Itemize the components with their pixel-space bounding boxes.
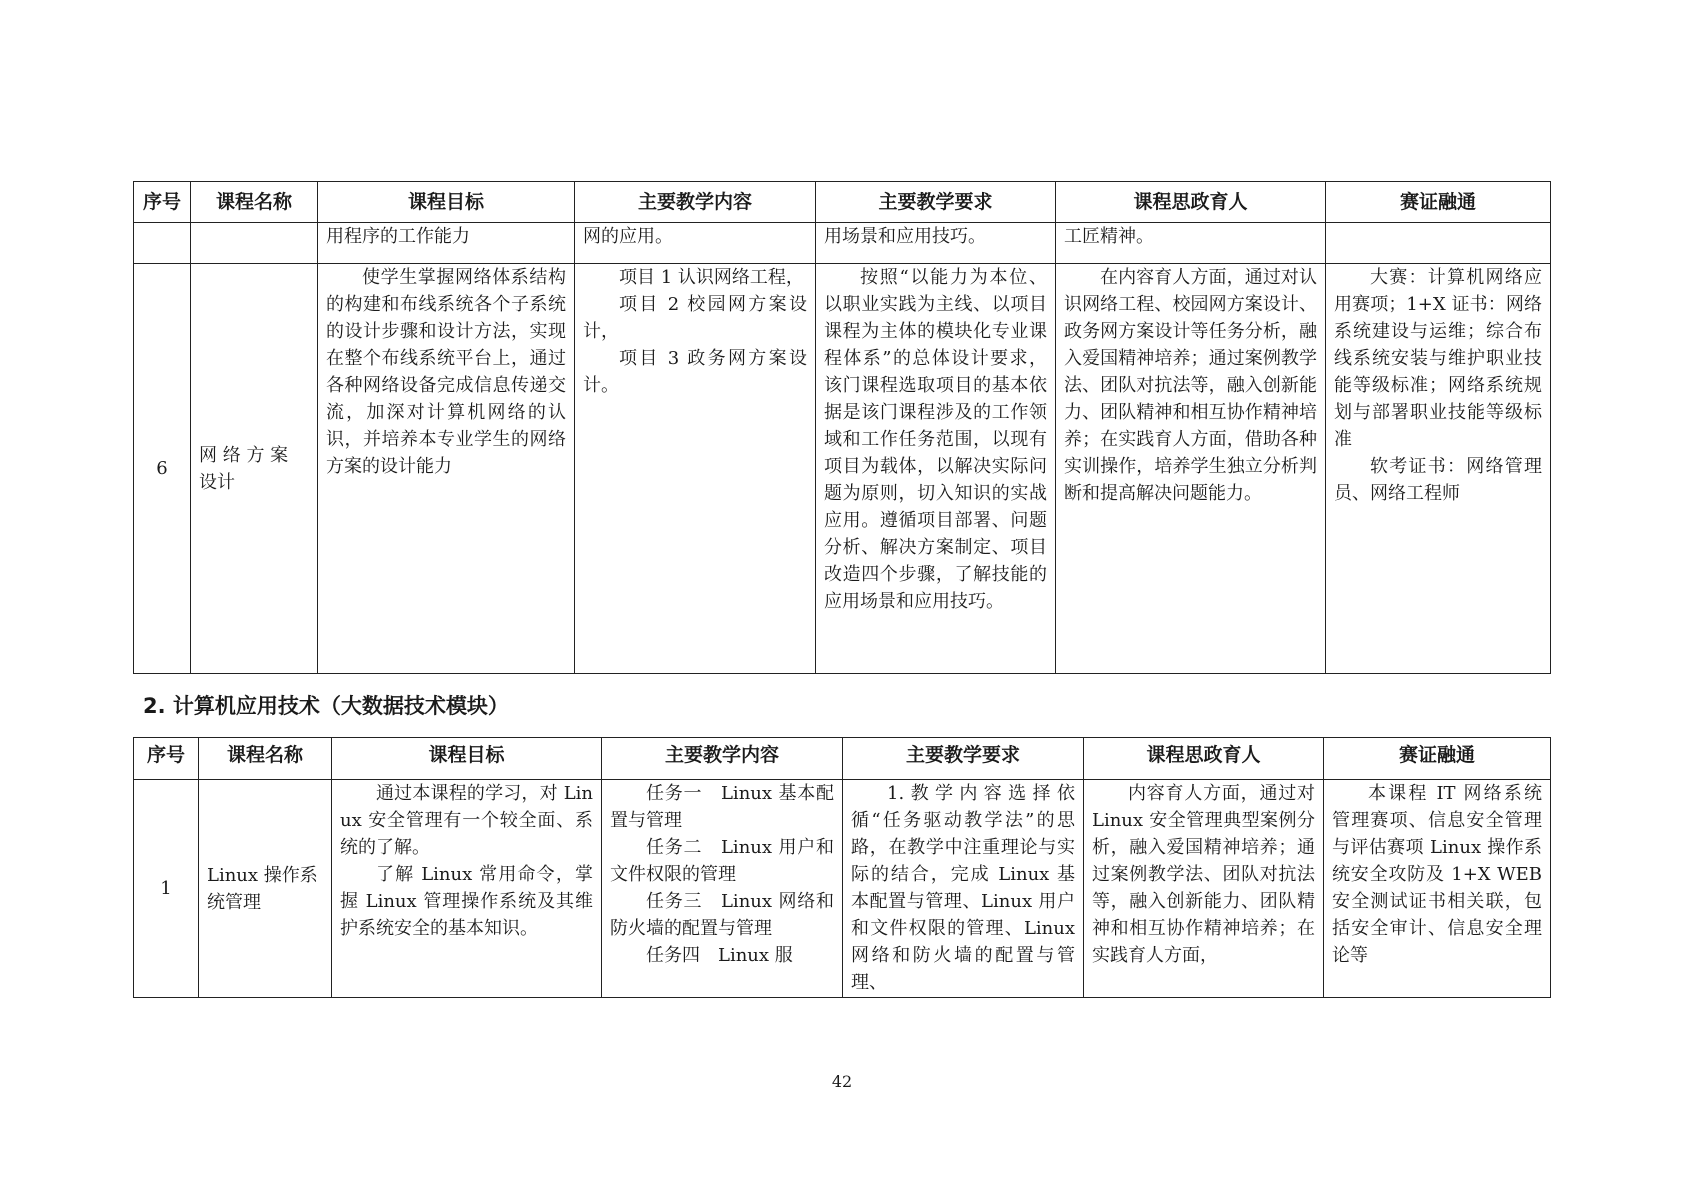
goal-text: 了解 Linux 常用命令，掌握 Linux 管理操作系统及其维护系统安全的基本… bbox=[340, 861, 593, 942]
header-ideology: 课程思政育人 bbox=[1084, 738, 1324, 780]
section-heading: 2. 计算机应用技术（大数据技术模块） bbox=[143, 690, 509, 720]
course-table-bigdata: 序号 课程名称 课程目标 主要教学内容 主要教学要求 课程思政育人 赛证融通 1… bbox=[133, 737, 1551, 998]
cell-ideology: 在内容育人方面，通过对认识网络工程、校园网方案设计、政务网方案设计等任务分析，融… bbox=[1056, 264, 1326, 674]
cell-goal: 用程序的工作能力 bbox=[318, 223, 575, 264]
content-item: 项目 2 校园网方案设计， bbox=[583, 291, 807, 345]
header-teaching-content: 主要教学内容 bbox=[575, 182, 816, 223]
cell-certificate bbox=[1326, 223, 1551, 264]
cell-content: 项目 1 认识网络工程， 项目 2 校园网方案设计， 项目 3 政务网方案设计。 bbox=[575, 264, 816, 674]
table-row: 1 Linux 操作系统管理 通过本课程的学习，对 Linux 安全管理有一个较… bbox=[134, 780, 1551, 998]
content-item: 任务三 Linux 网络和防火墙的配置与管理 bbox=[610, 888, 834, 942]
requirement-text: 1.教学内容选择依循“任务驱动教学法”的思路，在教学中注重理论与实际的结合，完成… bbox=[851, 780, 1075, 996]
cell-ideology: 内容育人方面，通过对 Linux 安全管理典型案例分析，融入爱国精神培养；通过案… bbox=[1084, 780, 1324, 998]
cell-content: 网的应用。 bbox=[575, 223, 816, 264]
ideology-text: 在内容育人方面，通过对认识网络工程、校园网方案设计、政务网方案设计等任务分析，融… bbox=[1064, 264, 1317, 507]
cell-certificate: 大赛：计算机网络应用赛项；1+X 证书：网络系统建设与运维；综合布线系统安装与维… bbox=[1326, 264, 1551, 674]
content-item: 任务二 Linux 用户和文件权限的管理 bbox=[610, 834, 834, 888]
table-header-row: 序号 课程名称 课程目标 主要教学内容 主要教学要求 课程思政育人 赛证融通 bbox=[134, 738, 1551, 780]
header-course-name: 课程名称 bbox=[191, 182, 318, 223]
header-teaching-content: 主要教学内容 bbox=[602, 738, 843, 780]
certificate-text: 软考证书：网络管理员、网络工程师 bbox=[1334, 453, 1542, 507]
header-no: 序号 bbox=[134, 182, 191, 223]
content-item: 项目 3 政务网方案设计。 bbox=[583, 345, 807, 399]
goal-text: 通过本课程的学习，对 Linux 安全管理有一个较全面、系统的了解。 bbox=[340, 780, 593, 861]
header-certificate: 赛证融通 bbox=[1324, 738, 1551, 780]
header-ideology: 课程思政育人 bbox=[1056, 182, 1326, 223]
cell-goal: 通过本课程的学习，对 Linux 安全管理有一个较全面、系统的了解。 了解 Li… bbox=[332, 780, 602, 998]
page-number: 42 bbox=[0, 1072, 1684, 1091]
header-teaching-requirement: 主要教学要求 bbox=[843, 738, 1084, 780]
course-table-network: 序号 课程名称 课程目标 主要教学内容 主要教学要求 课程思政育人 赛证融通 用… bbox=[133, 181, 1551, 674]
table-header-row: 序号 课程名称 课程目标 主要教学内容 主要教学要求 课程思政育人 赛证融通 bbox=[134, 182, 1551, 223]
cell-certificate: 本课程 IT 网络系统管理赛项、信息安全管理与评估赛项 Linux 操作系统安全… bbox=[1324, 780, 1551, 998]
header-course-goal: 课程目标 bbox=[318, 182, 575, 223]
cell-ideology: 工匠精神。 bbox=[1056, 223, 1326, 264]
certificate-text: 大赛：计算机网络应用赛项；1+X 证书：网络系统建设与运维；综合布线系统安装与维… bbox=[1334, 264, 1542, 453]
cell-requirement: 按照“以能力为本位、以职业实践为主线、以项目课程为主体的模块化专业课程体系”的总… bbox=[816, 264, 1056, 674]
content-item: 任务四 Linux 服 bbox=[610, 942, 834, 969]
certificate-text: 本课程 IT 网络系统管理赛项、信息安全管理与评估赛项 Linux 操作系统安全… bbox=[1332, 780, 1542, 969]
table-row: 6 网 络 方 案 设计 使学生掌握网络体系结构的构建和布线系统各个子系统的设计… bbox=[134, 264, 1551, 674]
table-row: 用程序的工作能力 网的应用。 用场景和应用技巧。 工匠精神。 bbox=[134, 223, 1551, 264]
header-no: 序号 bbox=[134, 738, 199, 780]
cell-requirement: 用场景和应用技巧。 bbox=[816, 223, 1056, 264]
content-item: 任务一 Linux 基本配置与管理 bbox=[610, 780, 834, 834]
cell-name: Linux 操作系统管理 bbox=[199, 780, 332, 998]
header-course-name: 课程名称 bbox=[199, 738, 332, 780]
cell-name bbox=[191, 223, 318, 264]
requirement-text: 按照“以能力为本位、以职业实践为主线、以项目课程为主体的模块化专业课程体系”的总… bbox=[824, 264, 1047, 615]
cell-no: 6 bbox=[134, 264, 191, 674]
cell-no bbox=[134, 223, 191, 264]
cell-requirement: 1.教学内容选择依循“任务驱动教学法”的思路，在教学中注重理论与实际的结合，完成… bbox=[843, 780, 1084, 998]
content-item: 项目 1 认识网络工程， bbox=[583, 264, 807, 291]
header-course-goal: 课程目标 bbox=[332, 738, 602, 780]
cell-name: 网 络 方 案 设计 bbox=[191, 264, 318, 674]
cell-content: 任务一 Linux 基本配置与管理 任务二 Linux 用户和文件权限的管理 任… bbox=[602, 780, 843, 998]
ideology-text: 内容育人方面，通过对 Linux 安全管理典型案例分析，融入爱国精神培养；通过案… bbox=[1092, 780, 1315, 969]
cell-goal: 使学生掌握网络体系结构的构建和布线系统各个子系统的设计步骤和设计方法，实现在整个… bbox=[318, 264, 575, 674]
goal-text: 使学生掌握网络体系结构的构建和布线系统各个子系统的设计步骤和设计方法，实现在整个… bbox=[326, 264, 566, 480]
header-certificate: 赛证融通 bbox=[1326, 182, 1551, 223]
header-teaching-requirement: 主要教学要求 bbox=[816, 182, 1056, 223]
cell-no: 1 bbox=[134, 780, 199, 998]
